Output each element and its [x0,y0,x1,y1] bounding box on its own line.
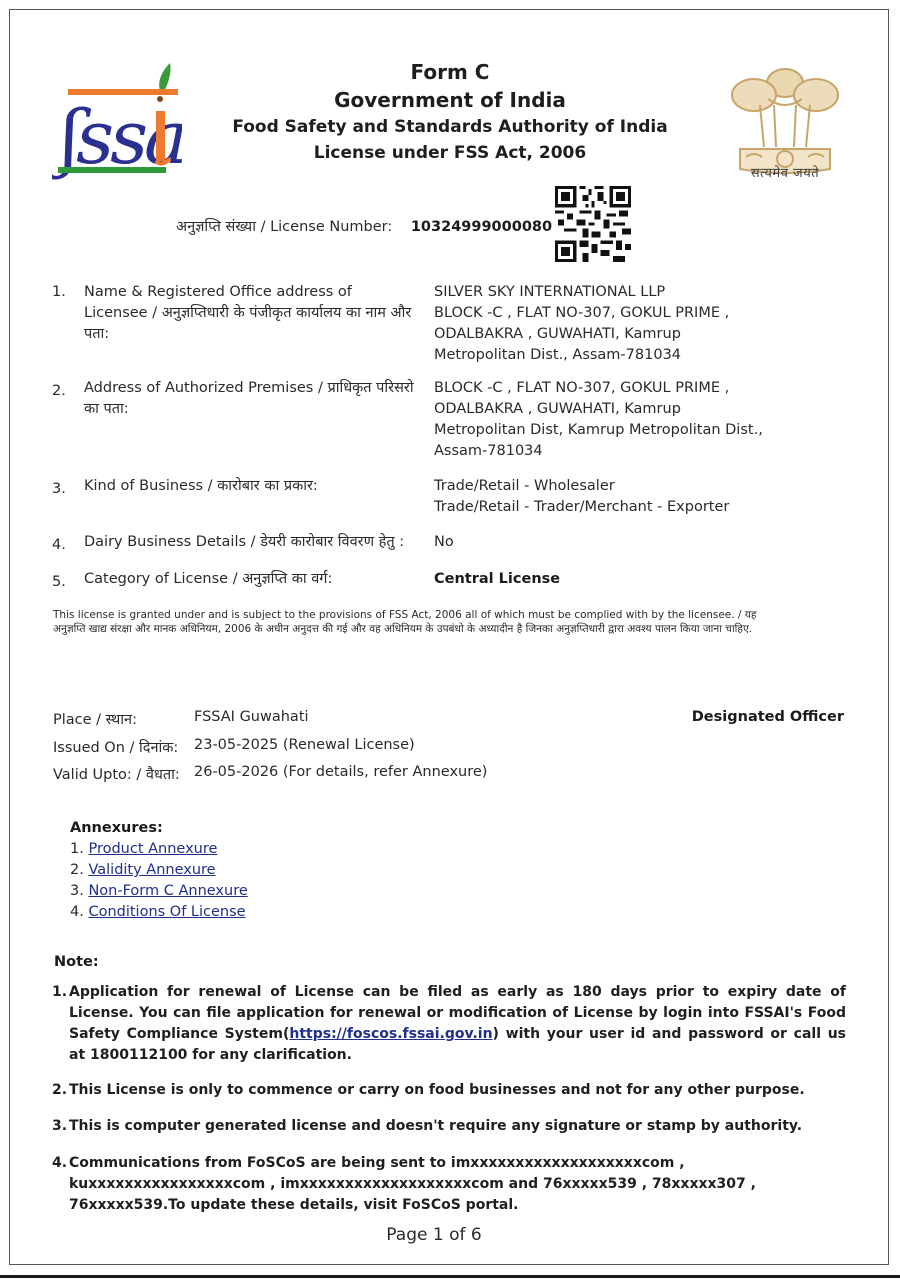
address-line: ODALBAKRA , GUWAHATI, Kamrup [434,324,814,345]
issued-label: Issued On / दिनांक: [53,737,178,757]
designated-officer: Designated Officer [660,709,844,725]
issued-value: 23-05-2025 (Renewal License) [194,737,415,753]
note-text: This is computer generated license and d… [69,1116,846,1137]
license-number-value: 10324999000080 [411,219,552,235]
license-number-row: अनुज्ञप्ति संख्या / License Number: 1032… [176,216,552,236]
foscos-link[interactable]: https://foscos.fssai.gov.in [289,1026,492,1042]
annexures-title: Annexures: [70,818,248,839]
detail-label: Kind of Business / कारोबार का प्रकार: [84,476,414,497]
qr-code-icon[interactable] [555,186,631,262]
annexure-item: 1. Product Annexure [70,839,248,860]
act-title: License under FSS Act, 2006 [200,140,700,166]
detail-index: 3. [52,479,82,500]
detail-value: Central License [434,569,814,590]
address-line: Assam-781034 [434,441,814,462]
note-item: 3. This is computer generated license an… [52,1116,846,1137]
note-text: Communications from FoSCoS are being sen… [69,1153,822,1216]
page-number: Page 1 of 6 [0,1225,868,1245]
address-line: Metropolitan Dist., Assam-781034 [434,345,814,366]
annexure-num: 1. [70,841,84,857]
note-item: 4. Communications from FoSCoS are being … [52,1153,822,1216]
link-validity-annexure[interactable]: Validity Annexure [88,862,215,878]
annexures-list: Annexures: 1. Product Annexure 2. Validi… [70,818,248,923]
detail-index: 5. [52,572,82,593]
note-item: 1. Application for renewal of License ca… [52,982,846,1066]
detail-label: Dairy Business Details / डेयरी कारोबार व… [84,532,444,553]
fssai-logo-icon: ʃssa [52,55,182,180]
address-line: Metropolitan Dist, Kamrup Metropolitan D… [434,420,814,441]
annexure-num: 3. [70,883,84,899]
place-label: Place / स्थान: [53,709,137,729]
note-num: 4. [52,1153,67,1174]
page-border [9,9,889,1265]
annexure-item: 2. Validity Annexure [70,860,248,881]
note-num: 2. [52,1080,67,1101]
place-value: FSSAI Guwahati [194,709,309,725]
detail-index: 4. [52,535,82,556]
link-conditions-of-license[interactable]: Conditions Of License [88,904,245,920]
detail-value: BLOCK -C , FLAT NO-307, GOKUL PRIME , OD… [434,378,814,462]
detail-label: Category of License / अनुज्ञप्ति का वर्ग… [84,569,414,590]
detail-value: Trade/Retail - Wholesaler Trade/Retail -… [434,476,814,518]
emblem-motto: सत्यमेव जयते [720,163,850,181]
valid-label: Valid Upto: / वैधता: [53,764,180,784]
detail-value: No [434,532,814,553]
note-text: Application for renewal of License can b… [69,982,846,1066]
note-item: 2. This License is only to commence or c… [52,1080,846,1101]
licensee-name: SILVER SKY INTERNATIONAL LLP [434,282,814,303]
note-num: 3. [52,1116,67,1137]
detail-value: SILVER SKY INTERNATIONAL LLP BLOCK -C , … [434,282,814,366]
authority-title: Food Safety and Standards Authority of I… [200,114,700,140]
annexure-item: 4. Conditions Of License [70,902,248,923]
address-line: BLOCK -C , FLAT NO-307, GOKUL PRIME , [434,303,814,324]
government-title: Government of India [200,86,700,114]
detail-index: 1. [52,282,82,303]
link-product-annexure[interactable]: Product Annexure [88,841,217,857]
annexure-num: 4. [70,904,84,920]
note-num: 1. [52,982,67,1003]
license-category: Central License [434,569,814,590]
business-kind: Trade/Retail - Trader/Merchant - Exporte… [434,497,814,518]
form-title: Form C [200,58,700,86]
detail-label: Name & Registered Office address of Lice… [84,282,414,345]
address-line: BLOCK -C , FLAT NO-307, GOKUL PRIME , [434,378,814,399]
notes-title: Note: [54,954,99,970]
address-line: ODALBAKRA , GUWAHATI, Kamrup [434,399,814,420]
link-non-form-c-annexure[interactable]: Non-Form C Annexure [88,883,247,899]
note-text: This License is only to commence or carr… [69,1080,846,1101]
license-number-label: अनुज्ञप्ति संख्या / License Number: [176,219,392,235]
annexure-item: 3. Non-Form C Annexure [70,881,248,902]
license-disclaimer: This license is granted under and is sub… [53,608,773,636]
valid-value: 26-05-2026 (For details, refer Annexure) [194,764,487,780]
bottom-divider [0,1275,900,1278]
detail-label: Address of Authorized Premises / प्राधिक… [84,378,414,420]
business-kind: Trade/Retail - Wholesaler [434,476,814,497]
document-header: Form C Government of India Food Safety a… [200,58,700,166]
dairy-value: No [434,532,814,553]
annexure-num: 2. [70,862,84,878]
detail-index: 2. [52,381,82,402]
